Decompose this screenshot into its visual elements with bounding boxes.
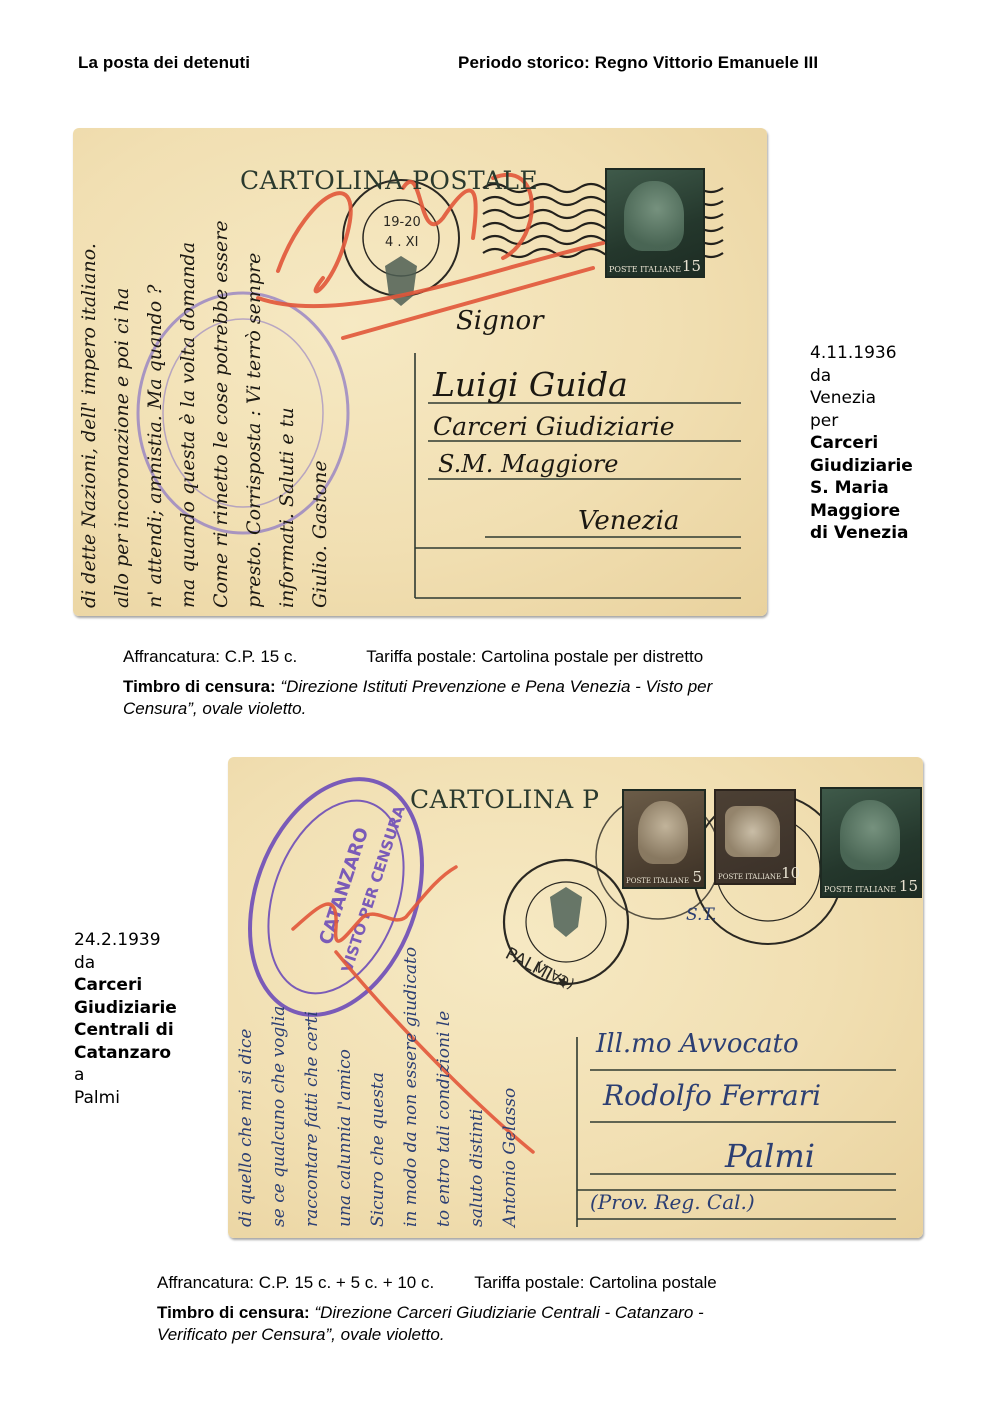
page-header-period: Periodo storico: Regno Vittorio Emanuele… [458,53,818,73]
side-note-2: 24.2.1939 da Carceri Giudiziarie Central… [74,929,177,1109]
side-note-from-line: Giudiziarie [74,997,177,1020]
censor-description: Timbro di censura: “Direzione Istituti P… [123,676,868,720]
side-note-to-line: Carceri [810,432,913,455]
address-salutation: Signor [456,306,544,336]
side-note-to: Palmi [74,1087,177,1110]
adhesive-stamp-10c: POSTE ITALIANE 10 [714,789,796,885]
address-city: Venezia [578,506,679,536]
svg-text:19-20: 19-20 [383,215,421,230]
censor-description: Timbro di censura: “Direzione Carceri Gi… [157,1302,857,1346]
coat-of-arms [550,887,582,937]
side-note-from-label: da [74,952,177,975]
side-note-from-label: da [810,365,913,388]
side-note-from: Venezia [810,387,913,410]
side-note-to-line: Giudiziarie [810,455,913,478]
svg-text:4 . XI: 4 . XI [385,235,418,250]
side-note-to-line: Maggiore [810,500,913,523]
side-note-to-line: di Venezia [810,522,913,545]
address-name: Rodolfo Ferrari [603,1079,821,1112]
adhesive-stamp-5c: POSTE ITALIANE 5 [622,789,706,889]
handwritten-message: di dette Nazioni, dell' impero italiano.… [73,148,337,608]
side-note-from-line: Carceri [74,974,177,997]
king-portrait [624,181,684,251]
side-note-to-label: per [810,410,913,433]
side-note-1: 4.11.1936 da Venezia per Carceri Giudizi… [810,342,913,545]
she-wolf-image [638,801,688,864]
stamp-legend: POSTE ITALIANE 15 [824,879,918,894]
side-note-date: 4.11.1936 [810,342,913,365]
address-name: Luigi Guida [433,365,628,404]
handwritten-note: S.T. [686,905,717,925]
address-institution: Carceri Giudiziarie [433,412,675,441]
censor-text-cont: Verificato per Censura”, ovale violetto. [157,1324,445,1346]
censor-text: “Direzione Carceri Giudiziarie Centrali … [310,1302,704,1324]
side-note-from-line: Centrali di [74,1019,177,1042]
side-note-to-label: a [74,1064,177,1087]
caption-1: Affrancatura: C.P. 15 c. Tariffa postale… [123,646,868,720]
tariff-text: Tariffa postale: Cartolina postale [474,1272,717,1294]
stamp-legend: POSTE ITALIANE 10 [718,866,792,881]
side-note-from-line: Catanzaro [74,1042,177,1065]
imprinted-stamp-15c: POSTE ITALIANE 15 [820,787,922,898]
tariff-text: Tariffa postale: Cartolina postale per d… [366,646,703,668]
censor-label: Timbro di censura: [157,1302,310,1324]
franking-text: Affrancatura: C.P. 15 c. + 5 c. + 10 c. [157,1272,434,1294]
side-note-to-line: S. Maria [810,477,913,500]
handwritten-message: di quello che mi si dice se ce qualcuno … [230,757,527,1227]
stamp-legend: POSTE ITALIANE 5 [626,870,702,885]
king-portrait [840,800,901,871]
address-city: Palmi [725,1137,815,1175]
address-title: Ill.mo Avvocato [596,1029,799,1059]
augustus-portrait [725,806,780,858]
censor-label: Timbro di censura: [123,676,276,698]
censor-text-cont: Censura”, ovale violetto. [123,698,306,720]
franking-text: Affrancatura: C.P. 15 c. [123,646,297,668]
stamp-legend: POSTE ITALIANE 15 [609,259,701,274]
caption-2: Affrancatura: C.P. 15 c. + 5 c. + 10 c. … [157,1272,857,1346]
side-note-date: 24.2.1939 [74,929,177,952]
page-header-title: La posta dei detenuti [78,53,250,73]
postcard-catanzaro-1939: PALMI ★ (CAL.) CATANZARO VISTO PER CENSU… [228,757,923,1238]
address-province: (Prov. Reg. Cal.) [590,1190,755,1214]
imprinted-stamp-15c: POSTE ITALIANE 15 [605,168,705,278]
address-street: S.M. Maggiore [438,450,618,478]
censor-text: “Direzione Istituti Prevenzione e Pena V… [276,676,713,698]
postcard-venezia-1936: 19-20 4 . XI CARTOLINA POSTALE [73,128,767,616]
